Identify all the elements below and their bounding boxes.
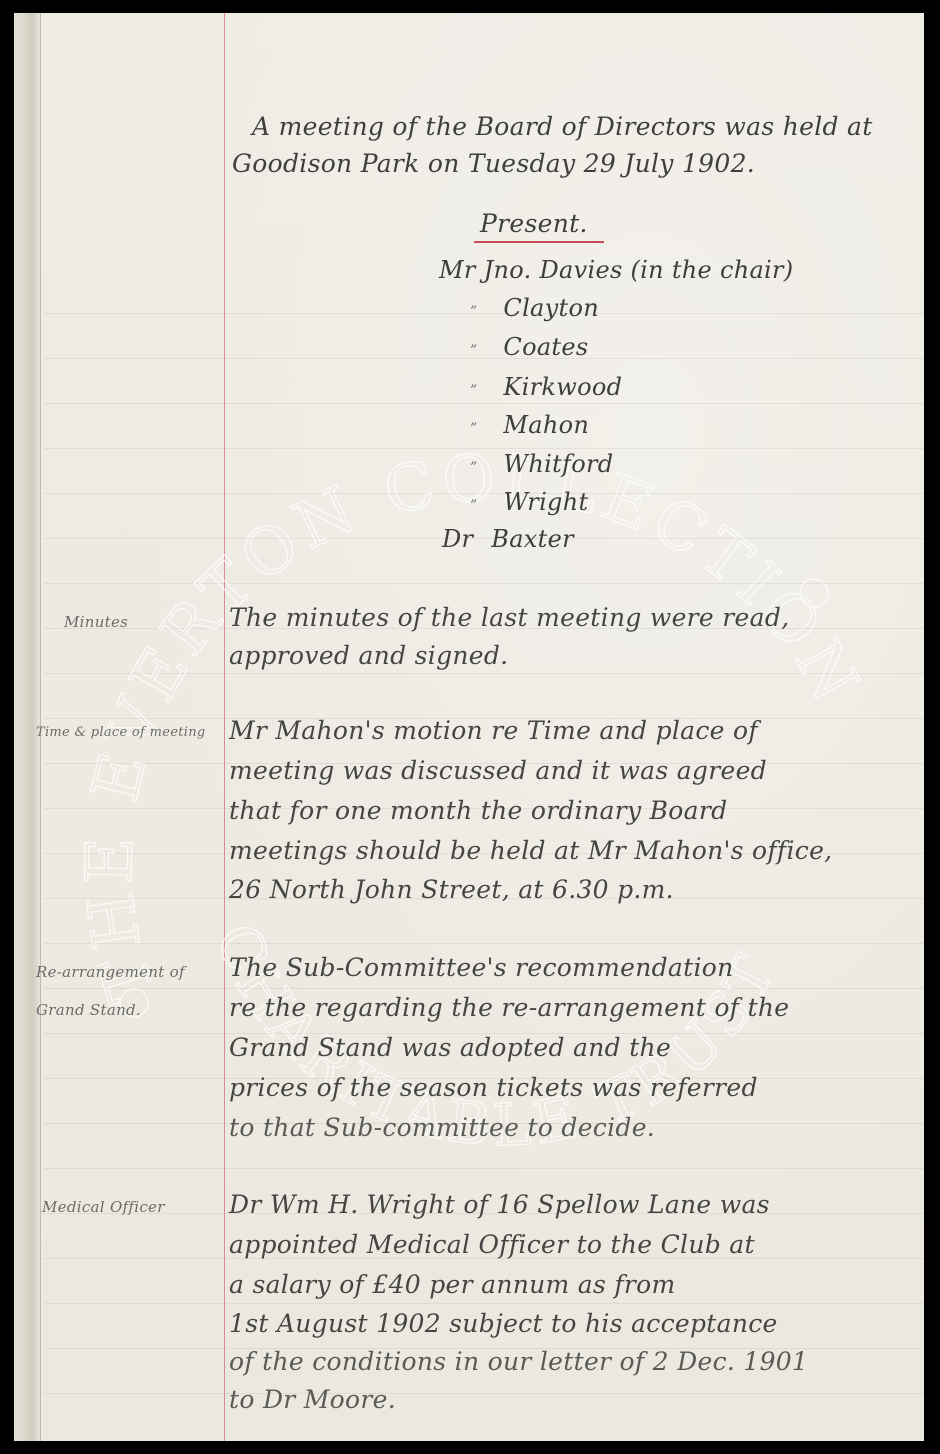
- attendee-row: ” Wright: [470, 488, 588, 516]
- minute-book-page: THE EVERTON COLLECTION CHARITABLE TRUST …: [14, 13, 924, 1441]
- attendee-name: Clayton: [503, 294, 599, 322]
- ruled-line: [44, 403, 924, 404]
- entry-line: The minutes of the last meeting were rea…: [229, 603, 789, 632]
- entry-line: a salary of £40 per annum as from: [229, 1270, 676, 1299]
- red-margin-rule: [224, 13, 225, 1441]
- attendee-prefix: ”: [470, 498, 477, 514]
- entry-line: approved and signed.: [229, 641, 508, 670]
- ruled-line: [44, 1168, 924, 1169]
- ruled-line: [44, 1393, 924, 1394]
- ruled-line: [44, 583, 924, 584]
- entry-line: to Dr Moore.: [229, 1385, 396, 1414]
- meeting-heading-line-2: Goodison Park on Tuesday 29 July 1902.: [232, 149, 755, 178]
- attendee-row: ” Mahon: [470, 411, 589, 439]
- entry-line: meeting was discussed and it was agreed: [229, 756, 767, 785]
- ruled-line: [44, 988, 924, 989]
- entry-line: 26 North John Street, at 6.30 p.m.: [229, 875, 674, 904]
- attendee-name: Mahon: [503, 411, 589, 439]
- ruled-line: [44, 943, 924, 944]
- present-title: Present.: [480, 209, 588, 238]
- attendee-row: Dr Baxter: [442, 525, 574, 553]
- entry-line: Dr Wm H. Wright of 16 Spellow Lane was: [229, 1190, 770, 1219]
- entry-line: re the regarding the re-arrangement of t…: [229, 993, 789, 1022]
- attendee-row: ” Coates: [470, 333, 589, 361]
- entry-line: that for one month the ordinary Board: [229, 796, 727, 825]
- attendee-row: ” Kirkwood: [470, 373, 622, 401]
- attendee-name: Jno. Davies (in the chair): [484, 256, 794, 284]
- ruled-line: [44, 448, 924, 449]
- attendee-row: ” Whitford: [470, 450, 613, 478]
- attendee-name: Baxter: [491, 525, 574, 553]
- entry-line: 1st August 1902 subject to his acceptanc…: [229, 1309, 778, 1338]
- margin-note-time-place: Time & place of meeting: [36, 725, 205, 740]
- margin-note-grand-stand-1: Re-arrangement of: [36, 963, 185, 981]
- entry-line: meetings should be held at Mr Mahon's of…: [229, 836, 832, 865]
- attendee-name: Coates: [503, 333, 588, 361]
- present-underline: [474, 241, 604, 243]
- attendee-name: Kirkwood: [503, 373, 622, 401]
- attendee-prefix: ”: [470, 383, 477, 399]
- entry-line: of the conditions in our letter of 2 Dec…: [229, 1347, 808, 1376]
- attendee-name: Whitford: [503, 450, 613, 478]
- attendee-row: Mr Jno. Davies (in the chair): [439, 256, 793, 284]
- attendee-prefix: Dr: [442, 525, 473, 553]
- attendee-prefix: Mr: [439, 256, 476, 284]
- attendee-prefix: ”: [470, 304, 477, 320]
- attendee-prefix: ”: [470, 460, 477, 476]
- entry-line: Grand Stand was adopted and the: [229, 1033, 671, 1062]
- entry-line: appointed Medical Officer to the Club at: [229, 1230, 755, 1259]
- entry-line: Mr Mahon's motion re Time and place of: [229, 716, 758, 745]
- meeting-heading-line-1: A meeting of the Board of Directors was …: [252, 112, 873, 141]
- attendee-prefix: ”: [470, 421, 477, 437]
- entry-line: prices of the season tickets was referre…: [229, 1073, 758, 1102]
- attendee-prefix: ”: [470, 343, 477, 359]
- ruled-line: [44, 673, 924, 674]
- entry-line: to that Sub-committee to decide.: [229, 1113, 655, 1142]
- margin-note-minutes: Minutes: [64, 613, 128, 631]
- attendee-row: ” Clayton: [470, 294, 599, 322]
- attendee-name: Wright: [503, 488, 588, 516]
- margin-note-grand-stand-2: Grand Stand.: [36, 1001, 141, 1019]
- entry-line: The Sub-Committee's recommendation: [229, 953, 734, 982]
- ruled-line: [44, 1303, 924, 1304]
- margin-note-medical-officer: Medical Officer: [42, 1198, 165, 1216]
